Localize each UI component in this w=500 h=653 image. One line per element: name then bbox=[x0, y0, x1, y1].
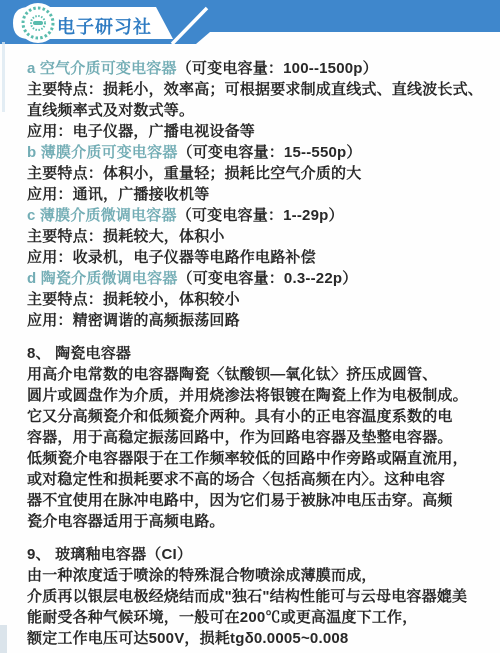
text-line: 应用：通讯，广播接收机等 bbox=[27, 184, 482, 205]
entry-label: b 薄膜介质可变电容器 bbox=[27, 144, 178, 161]
text-line: 圆片或圆盘作为介质，并用烧渗法将银镀在陶瓷上作为电极制成。 bbox=[27, 385, 482, 406]
text-line: 由一种浓度适于喷涂的特殊混合物喷涂成薄膜而成， bbox=[27, 565, 482, 586]
text-line: 瓷介电容器适用于高频电路。 bbox=[27, 511, 482, 532]
header-bar: 电子研习社 bbox=[0, 0, 500, 45]
text-line: 应用：精密调谐的高频振荡回路 bbox=[27, 310, 482, 331]
entry-spec: （可变电容量：100--1500p） bbox=[177, 60, 378, 77]
entry-label: c 薄膜介质微调电容器 bbox=[27, 207, 177, 224]
entry-label: a 空气介质可变电容器 bbox=[27, 60, 177, 77]
page-edge-artifact bbox=[2, 42, 5, 112]
entry-spec: （可变电容量：1--29p） bbox=[177, 207, 344, 224]
text-line: 主要特点：损耗较小，体积较小 bbox=[27, 289, 482, 310]
text-line: 器不宜使用在脉冲电路中，因为它们易于被脉冲电压击穿。高频 bbox=[27, 490, 482, 511]
text-line: 额定工作电压可达500V，损耗tgδ0.0005~0.008 bbox=[27, 628, 482, 649]
entry-line: a 空气介质可变电容器（可变电容量：100--1500p） bbox=[27, 58, 482, 79]
page-corner-artifact bbox=[0, 625, 7, 653]
entry-label: d 陶瓷介质微调电容器 bbox=[27, 270, 178, 287]
text-line: 主要特点：损耗小，效率高；可根据要求制成直线式、直线波长式、 bbox=[27, 79, 482, 100]
text-line: 容器，用于高稳定振荡回路中，作为回路电容器及垫整电容器。 bbox=[27, 427, 482, 448]
brand-logo-icon bbox=[18, 3, 58, 43]
brand-title: 电子研习社 bbox=[57, 13, 152, 39]
entry-spec: （可变电容量：0.3--22p） bbox=[178, 270, 358, 287]
text-line: 应用：电子仪器，广播电视设备等 bbox=[27, 121, 482, 142]
text-line: 它又分高频瓷介和低频瓷介两种。具有小的正电容温度系数的电 bbox=[27, 406, 482, 427]
entry-line: b 薄膜介质可变电容器（可变电容量：15--550p） bbox=[27, 142, 482, 163]
entry-line: d 陶瓷介质微调电容器（可变电容量：0.3--22p） bbox=[27, 268, 482, 289]
text-line: 或对稳定性和损耗要求不高的场合〈包括高频在内〉。这种电容 bbox=[27, 469, 482, 490]
text-line: 直线频率式及对数式等。 bbox=[27, 100, 482, 121]
section-heading: 9、 玻璃釉电容器（CI） bbox=[27, 544, 482, 565]
text-line: 主要特点：体积小，重量轻；损耗比空气介质的大 bbox=[27, 163, 482, 184]
section-heading: 8、 陶瓷电容器 bbox=[27, 343, 482, 364]
text-line: 主要特点：损耗较大，体积小 bbox=[27, 226, 482, 247]
text-line: 用高介电常数的电容器陶瓷〈钛酸钡—氧化钛〉挤压成圆管、 bbox=[27, 364, 482, 385]
entry-spec: （可变电容量：15--550p） bbox=[178, 144, 362, 161]
document-body: a 空气介质可变电容器（可变电容量：100--1500p）主要特点：损耗小，效率… bbox=[0, 45, 500, 649]
text-line: 应用：收录机，电子仪器等电路作电路补偿 bbox=[27, 247, 482, 268]
text-line: 介质再以银层电极经烧结而成"独石"结构性能可与云母电容器媲美 bbox=[27, 586, 482, 607]
text-line: 能耐受各种气候环境，一般可在200℃或更高温度下工作， bbox=[27, 607, 482, 628]
entry-line: c 薄膜介质微调电容器（可变电容量：1--29p） bbox=[27, 205, 482, 226]
text-line: 低频瓷介电容器限于在工作频率较低的回路中作旁路或隔直流用， bbox=[27, 448, 482, 469]
